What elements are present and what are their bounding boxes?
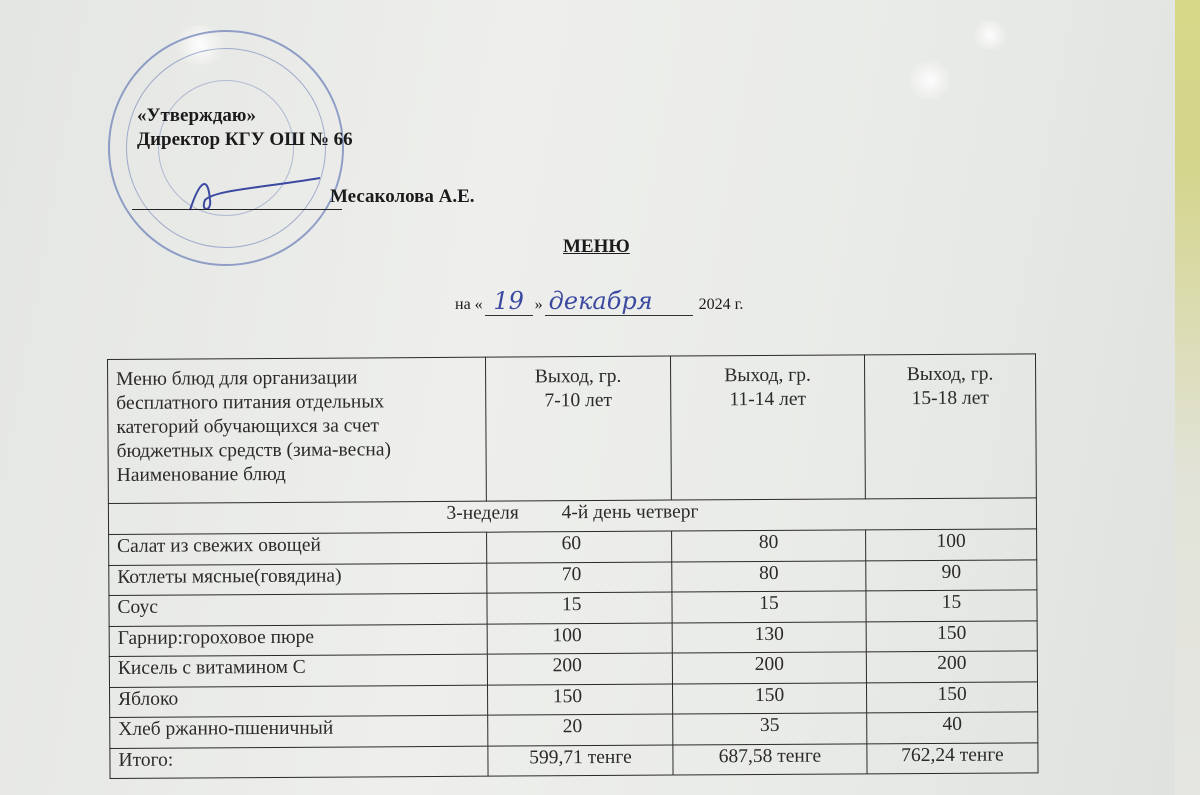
approval-block: «Утверждаю» Директор КГУ ОШ № 66 — [137, 104, 353, 152]
dish-name: Соус — [109, 593, 487, 626]
portion-15-18: 90 — [866, 559, 1037, 591]
portion-11-14: 130 — [672, 621, 866, 653]
day-label: 4-й день четверг — [562, 501, 699, 523]
portion-7-10: 70 — [487, 562, 672, 594]
portion-11-14: 200 — [672, 652, 866, 684]
header-line: 11-14 лет — [679, 387, 856, 412]
total-label: Итого: — [110, 746, 488, 779]
portion-7-10: 200 — [487, 653, 672, 685]
portion-11-14: 15 — [672, 591, 866, 623]
portion-15-18: 40 — [867, 712, 1038, 744]
portion-11-14: 80 — [672, 560, 866, 592]
total-7-10: 599,71 тенге — [488, 745, 673, 777]
director-name: Месаколова А.Е. — [330, 186, 475, 208]
portion-7-10: 60 — [487, 531, 672, 563]
header-line: Меню блюд для организации — [116, 366, 477, 392]
menu-sheet: «Утверждаю» Директор КГУ ОШ № 66 Месакол… — [0, 0, 1175, 795]
header-line: 15-18 лет — [873, 386, 1027, 411]
portion-7-10: 15 — [487, 592, 672, 624]
dish-name: Котлеты мясные(говядина) — [109, 563, 487, 596]
date-prefix: на « — [455, 296, 483, 313]
portion-15-18: 150 — [866, 681, 1037, 713]
dish-name: Яблоко — [110, 685, 488, 718]
header-line: Выход, гр. — [679, 363, 856, 388]
header-line: 7-10 лет — [494, 389, 662, 414]
portion-11-14: 80 — [672, 530, 866, 562]
portion-15-18: 200 — [866, 651, 1037, 683]
date-month: декабря — [545, 287, 693, 316]
header-11-14: Выход, гр. 11-14 лет — [670, 355, 865, 500]
director-position: Директор КГУ ОШ № 66 — [137, 128, 353, 152]
portion-15-18: 100 — [866, 529, 1037, 561]
header-line: категорий обучающихся за счет — [116, 414, 477, 440]
portion-11-14: 35 — [673, 713, 867, 745]
page-title: МЕНЮ — [563, 236, 630, 258]
dish-name: Гарнир:гороховое пюре — [109, 624, 487, 657]
header-line: бесплатного питания отдельных — [116, 390, 477, 416]
dish-name: Салат из свежих овощей — [109, 532, 487, 565]
signature-line — [132, 209, 342, 210]
glare — [970, 20, 1010, 50]
header-line: Наименование блюд — [117, 462, 478, 488]
portion-15-18: 150 — [866, 620, 1037, 652]
portion-11-14: 150 — [672, 682, 866, 714]
total-11-14: 687,58 тенге — [673, 743, 867, 775]
header-line: Выход, гр. — [873, 362, 1027, 387]
table-header-row: Меню блюд для организации бесплатного пи… — [108, 354, 1037, 504]
dish-name: Хлеб ржанно-пшеничный — [110, 715, 488, 748]
portion-15-18: 15 — [866, 590, 1037, 622]
menu-date: на «19»декабря 2024 г. — [455, 287, 743, 316]
header-15-18: Выход, гр. 15-18 лет — [864, 354, 1036, 499]
date-sep: » — [535, 296, 543, 313]
header-7-10: Выход, гр. 7-10 лет — [485, 356, 671, 501]
total-15-18: 762,24 тенге — [867, 742, 1038, 774]
glare — [905, 60, 955, 100]
approved-label: «Утверждаю» — [137, 104, 353, 128]
week-label: 3-неделя — [446, 502, 518, 523]
portion-7-10: 20 — [488, 714, 673, 746]
header-line: Выход, гр. — [494, 365, 662, 390]
header-line: бюджетных средств (зима-весна) — [116, 438, 477, 464]
portion-7-10: 100 — [487, 623, 672, 655]
header-dish-name: Меню блюд для организации бесплатного пи… — [108, 357, 487, 503]
dish-name: Кисель с витамином С — [109, 654, 487, 687]
menu-table: Меню блюд для организации бесплатного пи… — [107, 353, 1039, 779]
portion-7-10: 150 — [487, 684, 672, 716]
date-year: 2024 г. — [699, 296, 744, 313]
total-row: Итого: 599,71 тенге 687,58 тенге 762,24 … — [110, 742, 1038, 778]
date-day: 19 — [485, 287, 533, 316]
